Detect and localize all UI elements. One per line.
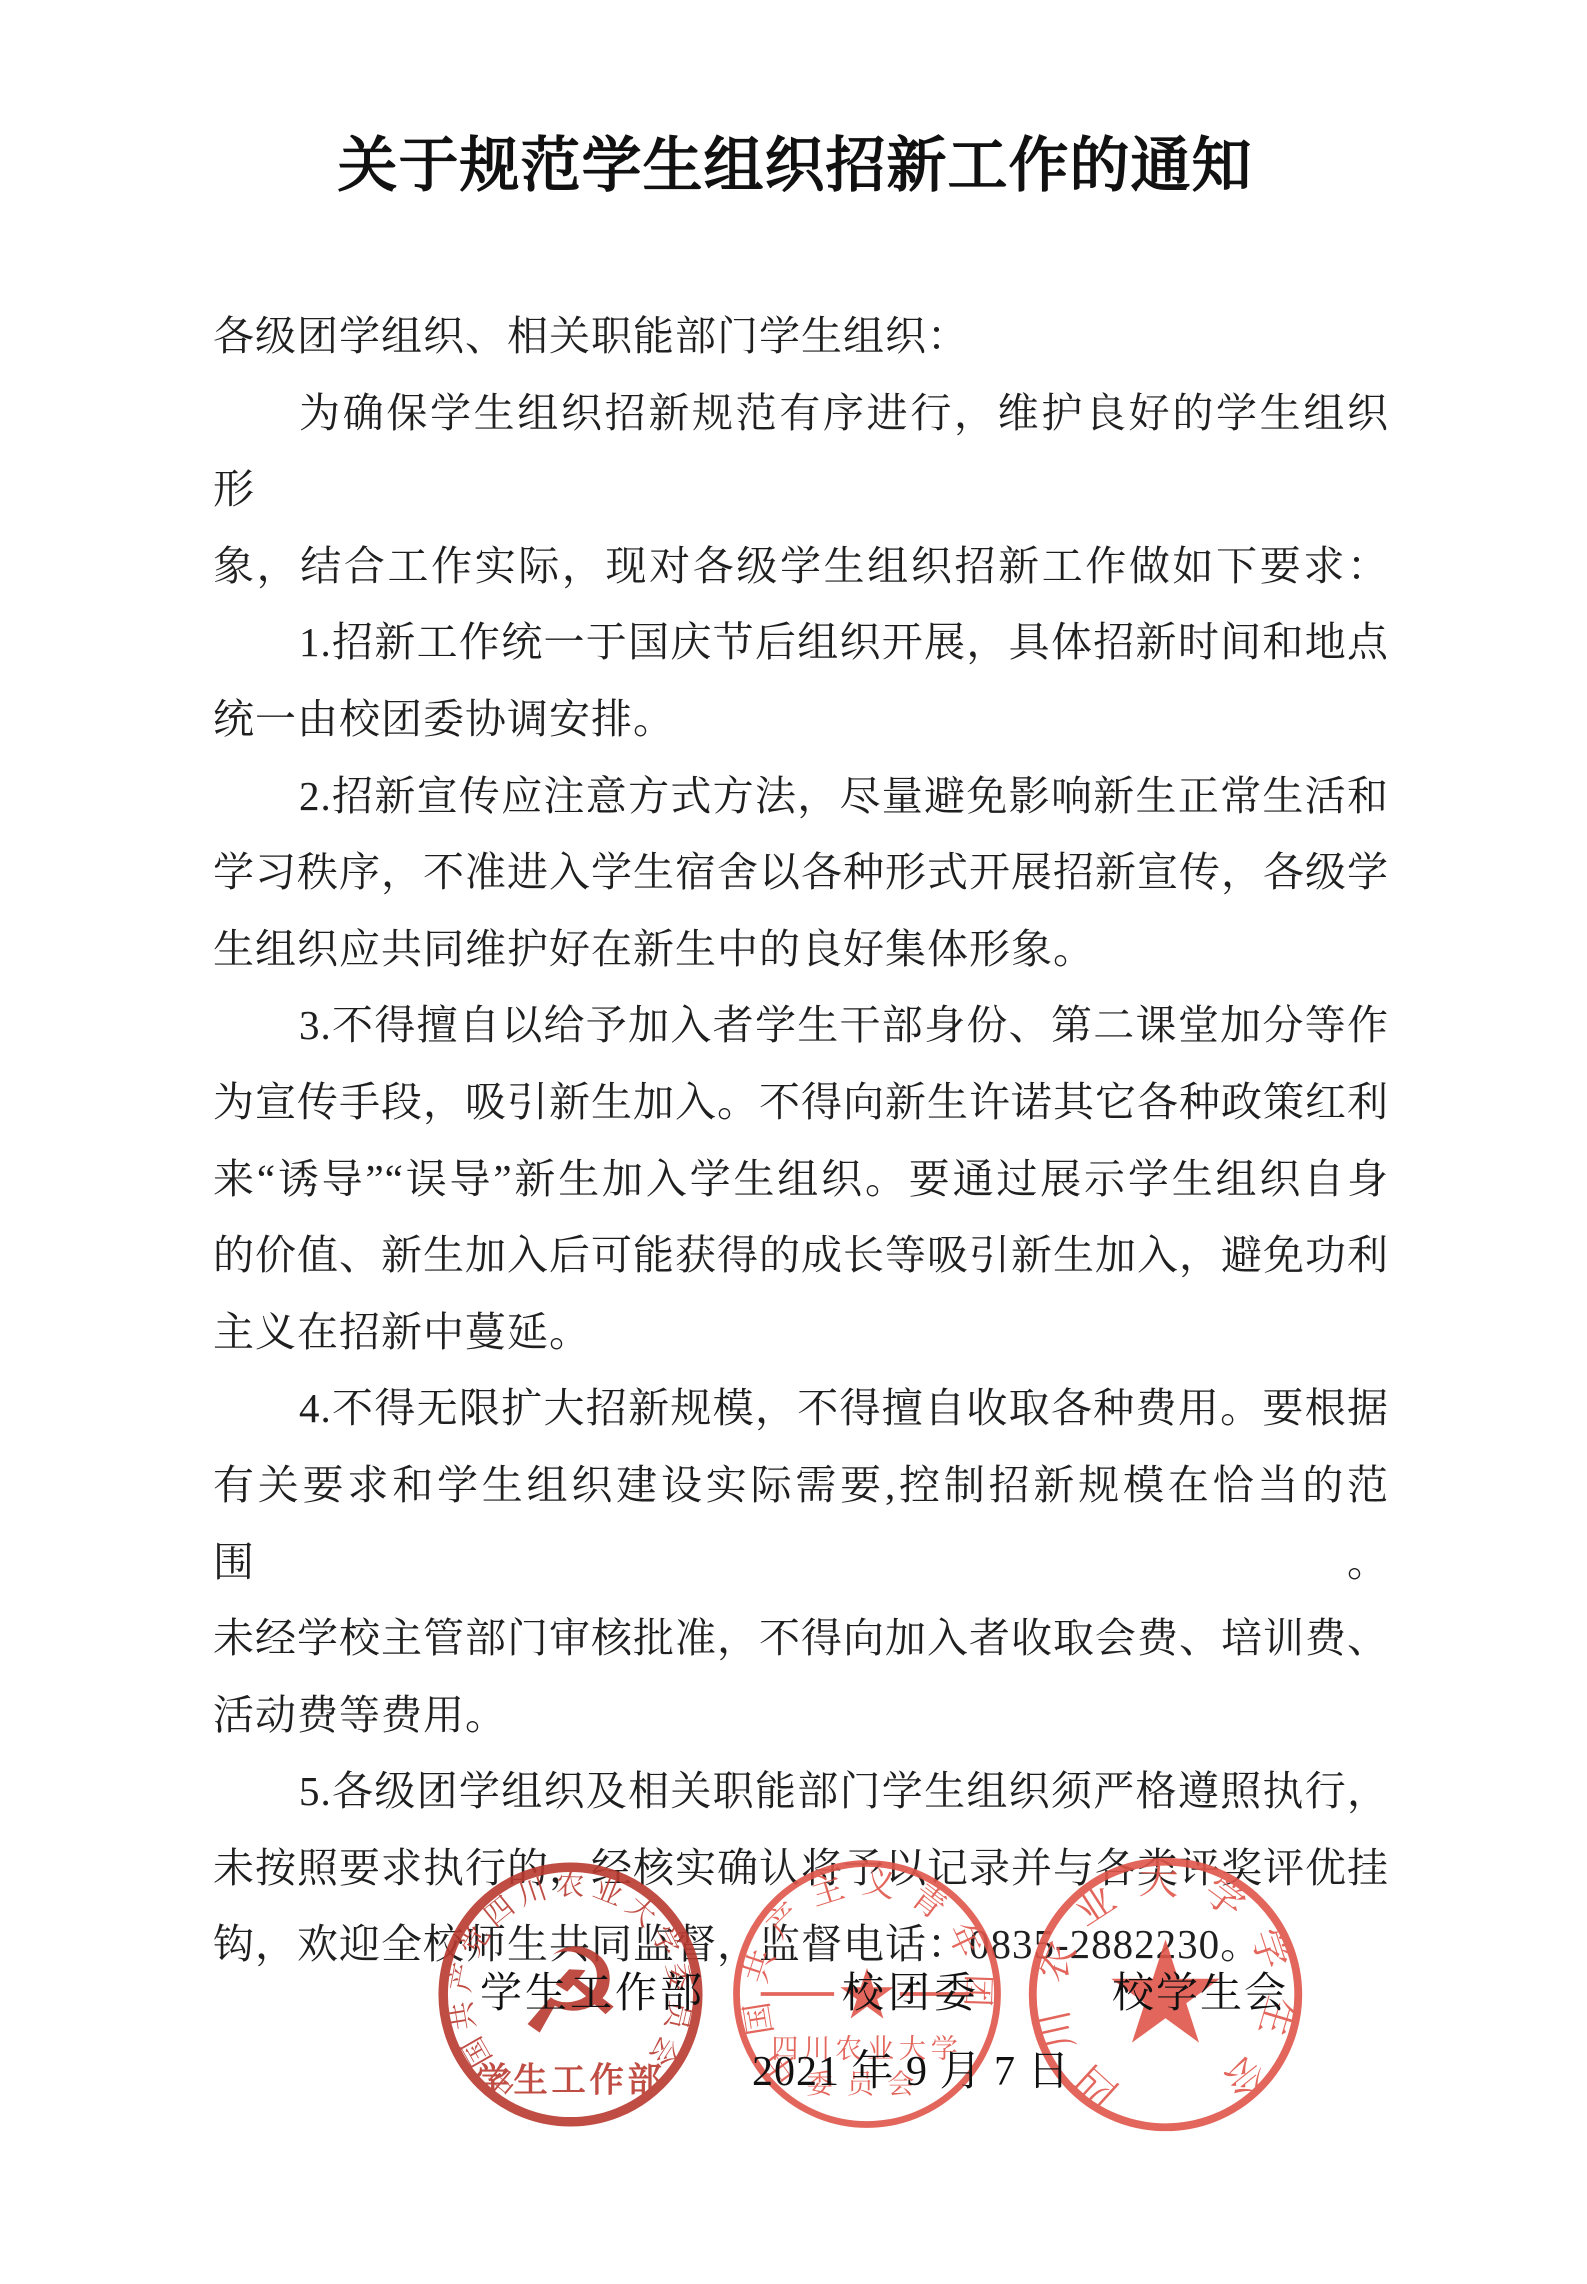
body-line: 统一由校团委协调安排。 [213,681,1389,758]
body-line: 5.各级团学组织及相关职能部门学生组织须严格遵照执行， [213,1753,1389,1830]
body-line: 4.不得无限扩大招新规模，不得擅自收取各种费用。要根据 [213,1370,1389,1447]
signature-department: 学生工作部 [480,1960,705,2020]
body-line: 2.招新宣传应注意方式方法，尽量避免影响新生正常生活和 [213,758,1389,835]
body-line: 象，结合工作实际，现对各级学生组织招新工作做如下要求： [213,528,1389,605]
body-line: 来“诱导”“误导”新生加入学生组织。要通过展示学生组织自身 [213,1141,1389,1218]
document-title: 关于规范学生组织招新工作的通知 [205,118,1385,204]
signature-date: 2021 年 9 月 7 日 [752,2038,1071,2098]
body-line: 学习秩序，不准进入学生宿舍以各种形式开展招新宣传，各级学 [213,834,1389,911]
body-line: 各级团学组织、相关职能部门学生组织： [213,298,1389,375]
body-line: 3.不得擅自以给予加入者学生干部身份、第二课堂加分等作 [213,987,1389,1064]
body-line: 主义在招新中蔓延。 [213,1294,1389,1371]
body-line: 活动费等费用。 [213,1677,1389,1754]
seal-bottom-text: 学生工作部 [476,2061,666,2099]
notice-document-page: 关于规范学生组织招新工作的通知 各级团学组织、相关职能部门学生组织：为确保学生组… [0,0,1587,2284]
body-line: 1.招新工作统一于国庆节后组织开展，具体招新时间和地点 [213,604,1389,681]
signature-union: 校学生会 [1112,1960,1288,2020]
document-body: 各级团学组织、相关职能部门学生组织：为确保学生组织招新规范有序进行，维护良好的学… [213,298,1389,1983]
body-line: 的价值、新生加入后可能获得的成长等吸引新生加入，避免功利 [213,1217,1389,1294]
body-line: 为确保学生组织招新规范有序进行，维护良好的学生组织形 [213,375,1389,528]
body-line: 为宣传手段，吸引新生加入。不得向新生许诺其它各种政策红利 [213,1064,1389,1141]
signature-league: 校团委 [842,1960,980,2020]
body-line: 未经学校主管部门审核批准，不得向加入者收取会费、培训费、 [213,1600,1389,1677]
body-line: 有关要求和学生组织建设实际需要,控制招新规模在恰当的范围。 [213,1447,1389,1600]
body-line: 生组织应共同维护好在新生中的良好集体形象。 [213,911,1389,988]
